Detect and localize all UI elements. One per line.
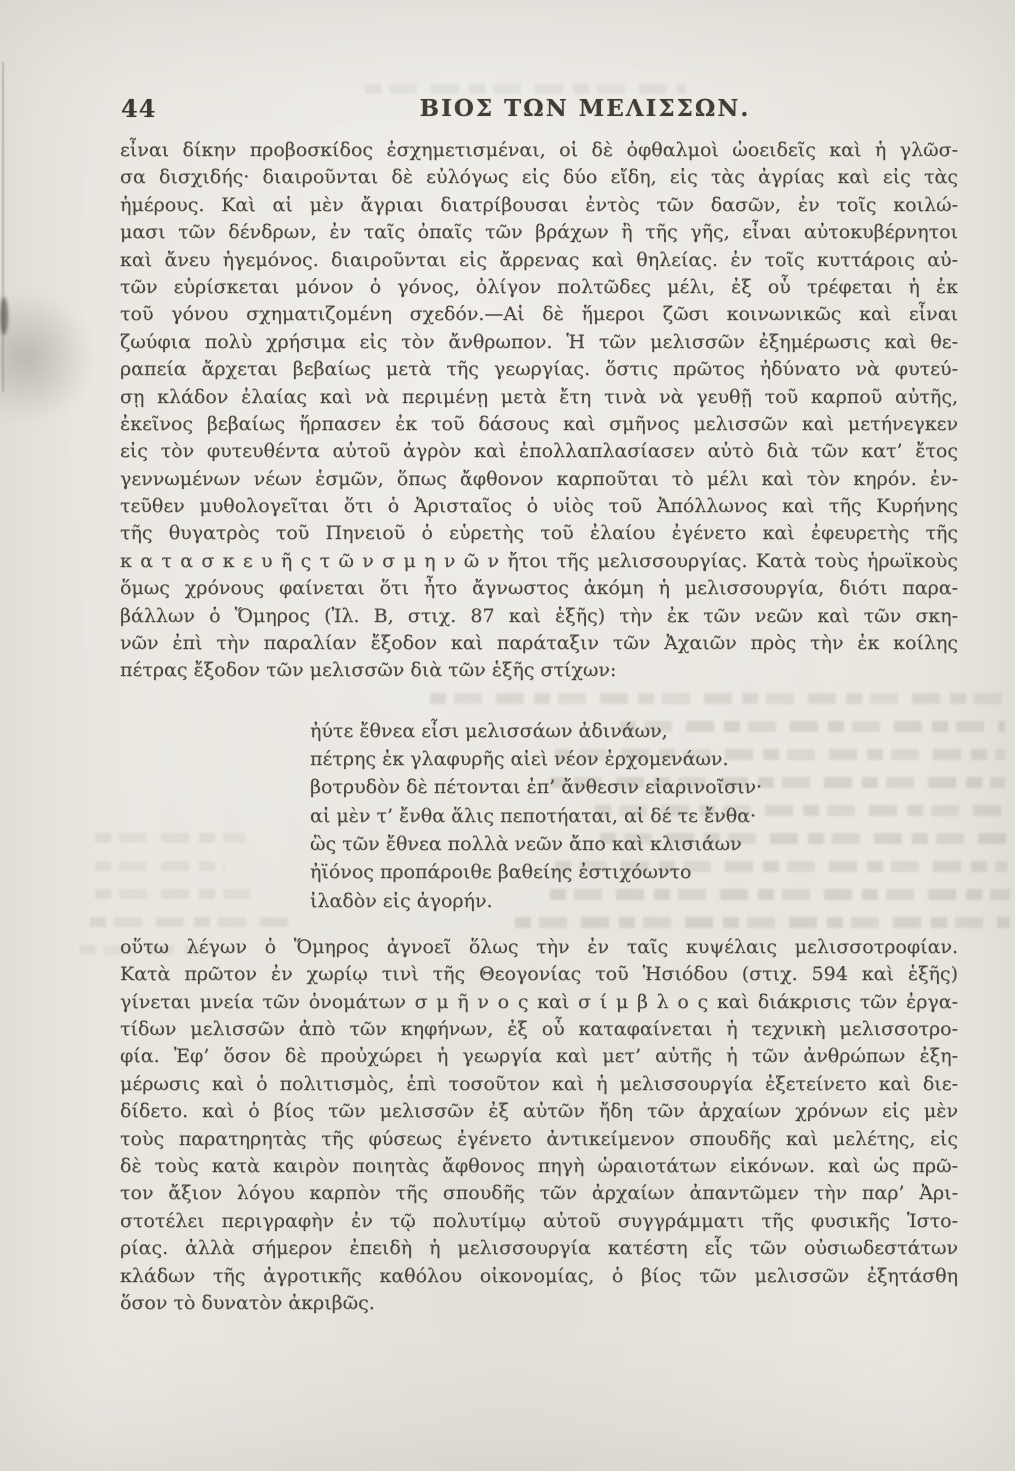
bleedthrough-artifact	[365, 84, 685, 94]
text-line: πέτρης ἐκ γλαφυρῆς αἰεὶ νέον ἐρχομενάων.	[310, 745, 958, 773]
text-line: στοτέλει περιγραφὴν ἐν τῷ πολυτίμῳ αὐτοῦ…	[120, 1208, 958, 1235]
text-line: τοῦ γόνου σχηματιζομένη σχεδόν.—Αἱ δὲ ἥμ…	[120, 301, 958, 328]
text-line: εἶναι δίκην προβοσκίδος ἐσχημετισμέναι, …	[120, 137, 958, 164]
paragraph-2: οὕτω λέγων ὁ Ὅμηρος ἀγνοεῖ ὅλως τὴν ἐν τ…	[120, 934, 958, 1317]
text-line: ὅμως χρόνους φαίνεται ὅτι ἦτο ἄγνωστος ἀ…	[120, 575, 958, 602]
text-line: τῶν εὑρίσκεται μόνον ὁ γόνος, ὀλίγον πολ…	[120, 274, 958, 301]
text-line: γίνεται μνεία τῶν ὀνομάτων σ μ ῆ ν ο ς κ…	[120, 989, 958, 1016]
text-line: βάλλων ὁ Ὅμηρος (Ἰλ. Β, στιχ. 87 καὶ ἑξῆ…	[120, 603, 958, 630]
running-head: 44 ΒΙΟΣ ΤΩΝ ΜΕΛΙΣΣΩΝ.	[0, 94, 1015, 126]
text-line: ἠϊόνος προπάροιθε βαθείης ἐστιχόωντο	[310, 858, 958, 886]
text-line: τεῦθεν μυθολογεῖται ὅτι ὁ Ἀρισταῖος ὁ υἱ…	[120, 493, 958, 520]
text-line: μασι τῶν δένδρων, ἐν ταῖς ὀπαῖς τῶν βράχ…	[120, 219, 958, 246]
text-line: ἐκεῖνος βεβαίως ἥρπασεν ἐκ τοῦ δάσους κα…	[120, 411, 958, 438]
text-line: κλάδων τῆς ἀγροτικῆς καθόλου οἰκονομίας,…	[120, 1263, 958, 1290]
text-line: κ α τ α σ κ ε υ ῆ ς τ ῶ ν σ μ η ν ῶ ν ἤτ…	[120, 548, 958, 575]
text-line: δὲ τοὺς κατὰ καιρὸν ποιητὰς ἄφθονος πηγὴ…	[120, 1153, 958, 1180]
text-line: ἰλαδὸν εἰς ἀγορήν.	[310, 887, 958, 915]
text-line: Κατὰ πρῶτον ἐν χωρίῳ τινὶ τῆς Θεογονίας …	[120, 961, 958, 988]
text-line: ἠύτε ἔθνεα εἶσι μελισσάων ἀδινάων,	[310, 717, 958, 745]
text-line: βοτρυδὸν δὲ πέτονται ἐπ’ ἄνθεσιν εἰαρινο…	[310, 773, 958, 801]
scanned-book-page: 44 ΒΙΟΣ ΤΩΝ ΜΕΛΙΣΣΩΝ. εἶναι δίκην προβοσ…	[0, 0, 1015, 1471]
page-number: 44	[121, 94, 156, 123]
text-line: ζωύφια πολὺ χρήσιμα εἰς τὸν ἄνθρωπον. Ἡ …	[120, 329, 958, 356]
text-line: ρίας. ἀλλὰ σήμερον ἐπειδὴ ἡ μελισσουργία…	[120, 1235, 958, 1262]
text-line: μέρωσις καὶ ὁ πολιτισμὸς, ἐπὶ τοσοῦτον κ…	[120, 1071, 958, 1098]
text-line: ὣς τῶν ἔθνεα πολλὰ νεῶν ἄπο καὶ κλισιάων	[310, 830, 958, 858]
text-line: τῆς θυγατρὸς τοῦ Πηνειοῦ ὁ εὑρετὴς τοῦ ἐ…	[120, 520, 958, 547]
text-line: τοὺς παρατηρητὰς τῆς φύσεως ἐγένετο ἀντι…	[120, 1126, 958, 1153]
text-line: πέτρας ἔξοδον τῶν μελισσῶν διὰ τῶν ἑξῆς …	[120, 657, 958, 684]
text-line: γεννωμένων νέων ἑσμῶν, ὅπως ἄφθονον καρπ…	[120, 466, 958, 493]
text-line: σα δισχιδής· διαιροῦνται δὲ εὐλόγως εἰς …	[120, 164, 958, 191]
text-line: οὕτω λέγων ὁ Ὅμηρος ἀγνοεῖ ὅλως τὴν ἐν τ…	[120, 934, 958, 961]
text-line: σῃ κλάδον ἐλαίας καὶ νὰ περιμένῃ μετὰ ἔτ…	[120, 384, 958, 411]
homer-verse-quote: ἠύτε ἔθνεα εἶσι μελισσάων ἀδινάων,πέτρης…	[310, 717, 958, 915]
ink-smudge-soft	[0, 292, 92, 422]
text-line: ραπεία ἄρχεται βεβαίως μετὰ τῆς γεωργίας…	[120, 356, 958, 383]
text-line: καὶ ἄνευ ἡγεμόνος. διαιροῦνται εἰς ἄρρεν…	[120, 247, 958, 274]
ink-smudge-dark	[0, 297, 8, 335]
text-line: φία. Ἐφ’ ὅσον δὲ προὐχώρει ἡ γεωργία καὶ…	[120, 1043, 958, 1070]
page-header-title: ΒΙΟΣ ΤΩΝ ΜΕΛΙΣΣΩΝ.	[420, 95, 751, 122]
text-line: ὅσον τὸ δυνατὸν ἀκριβῶς.	[120, 1290, 958, 1317]
text-line: τον ἄξιον λόγου καρπὸν τῆς σπουδῆς τῶν ἀ…	[120, 1180, 958, 1207]
text-line: αἱ μὲν τ’ ἔνθα ἅλις πεποτήαται, αἱ δέ τε…	[310, 802, 958, 830]
text-line: νῶν ἐπὶ τὴν παραλίαν ἔξοδον καὶ παράταξι…	[120, 630, 958, 657]
text-line: δίδετο. καὶ ὁ βίος τῶν μελισσῶν ἐξ αὐτῶν…	[120, 1098, 958, 1125]
text-line: τίδων μελισσῶν ἀπὸ τῶν κηφήνων, ἐξ οὗ κα…	[120, 1016, 958, 1043]
page-text-block: εἶναι δίκην προβοσκίδος ἐσχημετισμέναι, …	[120, 137, 958, 1317]
text-line: εἰς τὸν φυτευθέντα αὐτοῦ ἀγρὸν καὶ ἐπολλ…	[120, 438, 958, 465]
paragraph-1: εἶναι δίκην προβοσκίδος ἐσχημετισμέναι, …	[120, 137, 958, 685]
text-line: ἡμέρους. Καὶ αἱ μὲν ἄγριαι διατρίβουσαι …	[120, 192, 958, 219]
